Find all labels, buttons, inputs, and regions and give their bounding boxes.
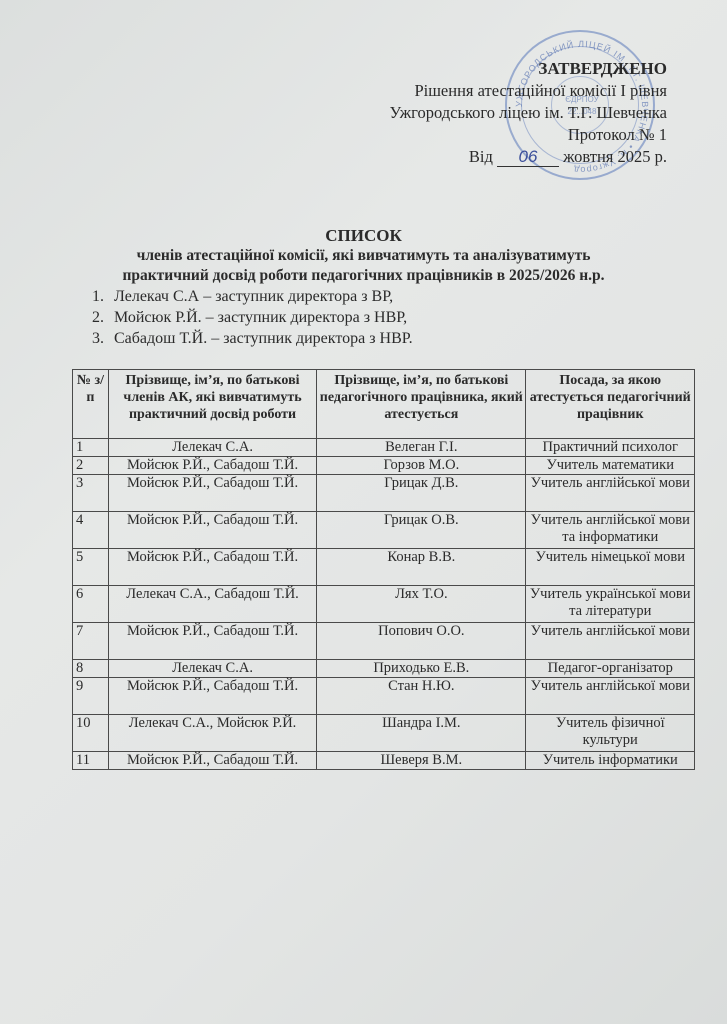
row-position: Педагог-організатор — [526, 660, 695, 678]
row-teacher-name: Конар В.В. — [317, 549, 526, 586]
row-number: 3 — [73, 475, 109, 512]
row-commission-members: Мойсюк Р.Й., Сабадош Т.Й. — [108, 752, 316, 770]
row-number: 2 — [73, 457, 109, 475]
row-teacher-name: Грицак Д.В. — [317, 475, 526, 512]
table-row: 7Мойсюк Р.Й., Сабадош Т.Й.Попович О.О.Уч… — [73, 623, 695, 660]
row-position: Учитель англійської мови та інформатики — [526, 512, 695, 549]
row-commission-members: Мойсюк Р.Й., Сабадош Т.Й. — [108, 512, 316, 549]
row-position: Учитель німецької мови — [526, 549, 695, 586]
date-suffix: жовтня 2025 р. — [563, 147, 667, 166]
document-heading: СПИСОК членів атестаційної комісії, які … — [0, 226, 727, 286]
row-position: Практичний психолог — [526, 439, 695, 457]
row-teacher-name: Попович О.О. — [317, 623, 526, 660]
table-row: 5Мойсюк Р.Й., Сабадош Т.Й.Конар В.В.Учит… — [73, 549, 695, 586]
row-commission-members: Лелекач С.А., Сабадош Т.Й. — [108, 586, 316, 623]
row-commission-members: Мойсюк Р.Й., Сабадош Т.Й. — [108, 475, 316, 512]
row-teacher-name: Приходько Е.В. — [317, 660, 526, 678]
row-commission-members: Лелекач С.А., Мойсюк Р.Й. — [108, 715, 316, 752]
member-item: 3.Сабадош Т.Й. – заступник директора з Н… — [92, 328, 413, 349]
commission-members-list: 1.Лелекач С.А – заступник директора з ВР… — [92, 286, 413, 349]
row-commission-members: Мойсюк Р.Й., Сабадош Т.Й. — [108, 549, 316, 586]
row-teacher-name: Горзов М.О. — [317, 457, 526, 475]
member-item: 2.Мойсюк Р.Й. – заступник директора з НВ… — [92, 307, 413, 328]
row-number: 4 — [73, 512, 109, 549]
table-row: 6Лелекач С.А., Сабадош Т.Й.Лях Т.О.Учите… — [73, 586, 695, 623]
row-teacher-name: Шандра І.М. — [317, 715, 526, 752]
row-teacher-name: Грицак О.В. — [317, 512, 526, 549]
approval-block: ЗАТВЕРДЖЕНО Рішення атестаційної комісії… — [389, 58, 667, 168]
row-position: Учитель української мови та літератури — [526, 586, 695, 623]
row-position: Учитель фізичної культури — [526, 715, 695, 752]
table-row: 3Мойсюк Р.Й., Сабадош Т.Й.Грицак Д.В.Учи… — [73, 475, 695, 512]
table-row: 11Мойсюк Р.Й., Сабадош Т.Й.Шеверя В.М.Уч… — [73, 752, 695, 770]
row-number: 1 — [73, 439, 109, 457]
row-position: Учитель математики — [526, 457, 695, 475]
member-item: 1.Лелекач С.А – заступник директора з ВР… — [92, 286, 413, 307]
header-number: № з/п — [73, 370, 109, 439]
row-commission-members: Мойсюк Р.Й., Сабадош Т.Й. — [108, 457, 316, 475]
row-number: 9 — [73, 678, 109, 715]
row-commission-members: Мойсюк Р.Й., Сабадош Т.Й. — [108, 623, 316, 660]
row-position: Учитель англійської мови — [526, 475, 695, 512]
table-row: 2Мойсюк Р.Й., Сабадош Т.Й.Горзов М.О.Учи… — [73, 457, 695, 475]
approval-line-decision: Рішення атестаційної комісії І рівня — [389, 80, 667, 102]
document-subtitle-line2: практичний досвід роботи педагогічних пр… — [0, 266, 727, 286]
row-number: 10 — [73, 715, 109, 752]
attestation-table: № з/п Прізвище, ім’я, по батькові членів… — [72, 369, 695, 770]
row-teacher-name: Велеган Г.І. — [317, 439, 526, 457]
row-number: 8 — [73, 660, 109, 678]
row-commission-members: Мойсюк Р.Й., Сабадош Т.Й. — [108, 678, 316, 715]
row-teacher-name: Лях Т.О. — [317, 586, 526, 623]
table-row: 9Мойсюк Р.Й., Сабадош Т.Й.Стан Н.Ю.Учите… — [73, 678, 695, 715]
row-teacher-name: Стан Н.Ю. — [317, 678, 526, 715]
table-row: 1Лелекач С.А.Велеган Г.І.Практичний псих… — [73, 439, 695, 457]
row-teacher-name: Шеверя В.М. — [317, 752, 526, 770]
row-position: Учитель інформатики — [526, 752, 695, 770]
row-commission-members: Лелекач С.А. — [108, 660, 316, 678]
approval-date: Від 06 жовтня 2025 р. — [389, 146, 667, 168]
header-commission-members: Прізвище, ім’я, по батькові членів АК, я… — [108, 370, 316, 439]
table-row: 8Лелекач С.А.Приходько Е.В.Педагог-орган… — [73, 660, 695, 678]
row-position: Учитель англійської мови — [526, 623, 695, 660]
row-number: 11 — [73, 752, 109, 770]
row-number: 5 — [73, 549, 109, 586]
document-subtitle-line1: членів атестаційної комісії, які вивчати… — [0, 246, 727, 266]
header-position: Посада, за якою атестується педагогічний… — [526, 370, 695, 439]
table-row: 4Мойсюк Р.Й., Сабадош Т.Й.Грицак О.В.Учи… — [73, 512, 695, 549]
row-number: 7 — [73, 623, 109, 660]
row-number: 6 — [73, 586, 109, 623]
header-teacher: Прізвище, ім’я, по батькові педагогічног… — [317, 370, 526, 439]
approval-line-protocol: Протокол № 1 — [389, 124, 667, 146]
row-position: Учитель англійської мови — [526, 678, 695, 715]
table-row: 10Лелекач С.А., Мойсюк Р.Й.Шандра І.М.Уч… — [73, 715, 695, 752]
date-day-handwritten: 06 — [497, 148, 559, 167]
approval-line-school: Ужгородського ліцею ім. Т.Г. Шевченка — [389, 102, 667, 124]
approval-title: ЗАТВЕРДЖЕНО — [389, 58, 667, 80]
date-prefix: Від — [469, 147, 493, 166]
document-title: СПИСОК — [0, 226, 727, 246]
table-header-row: № з/п Прізвище, ім’я, по батькові членів… — [73, 370, 695, 439]
row-commission-members: Лелекач С.А. — [108, 439, 316, 457]
